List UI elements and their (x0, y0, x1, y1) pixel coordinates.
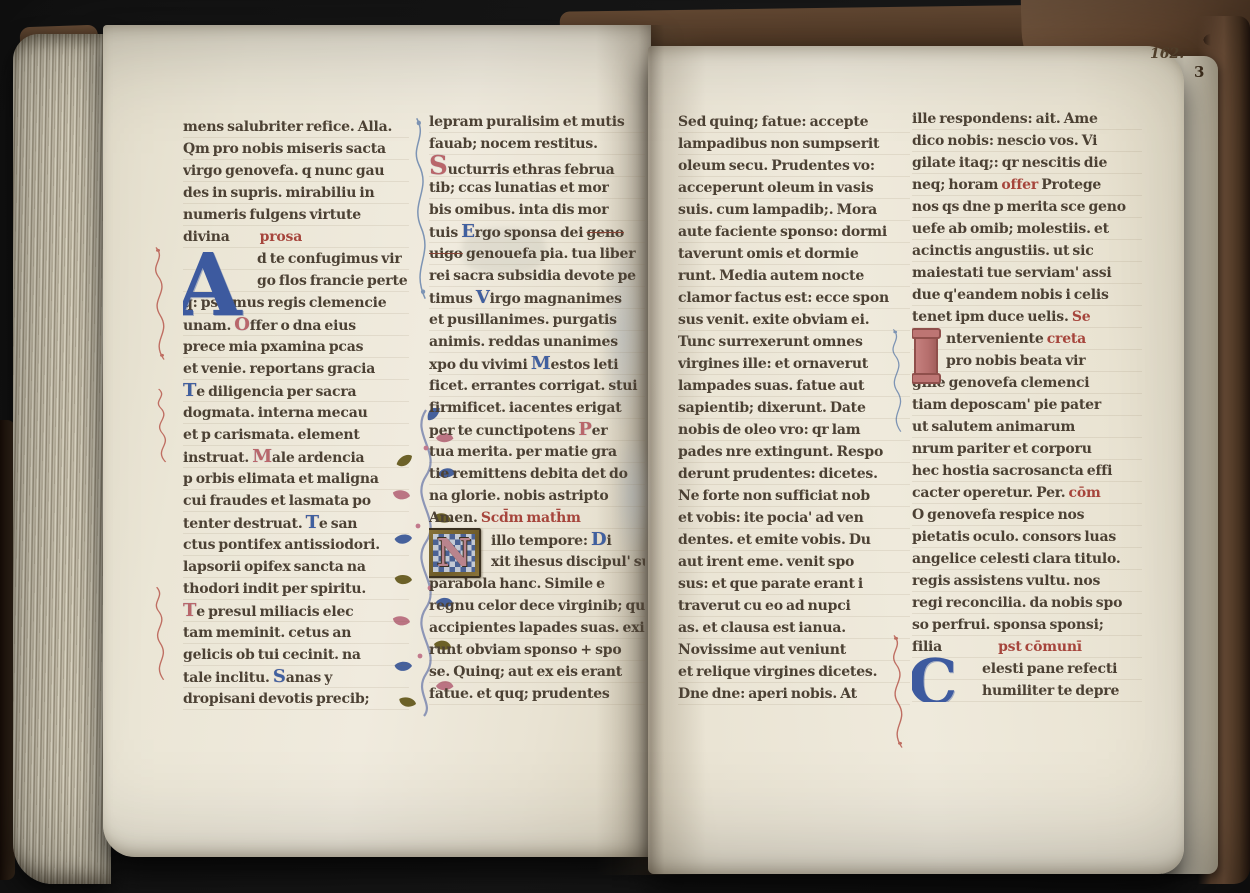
body-text: tiam deposcam' pie pater (912, 397, 1101, 413)
body-text: nterveniente (946, 331, 1047, 347)
text-line: as. et clausa est ianua. (678, 617, 910, 639)
body-text: per te cunctipotens (429, 423, 578, 439)
text-line: regis assistens vultu. nos (912, 570, 1142, 592)
text-line: des in supris. mirabiliu in (183, 182, 409, 204)
text-line: aute faciente sponso: dormi (678, 221, 910, 243)
text-line: oleum secu. Prudentes vo: (678, 155, 910, 177)
body-text: runt obviam sponso + spo (429, 642, 622, 658)
rubric-text: creta (1047, 331, 1086, 347)
body-text: genouefa pia. tua liber (463, 246, 636, 262)
text-line: tib; ccas lunatias et mor (429, 177, 645, 199)
text-line: so perfrui. sponsa sponsi; (912, 614, 1142, 636)
body-text: se. Quinq; aut ex eis erant (429, 664, 622, 680)
text-line: O genovefa respice nos (912, 504, 1142, 526)
text-line: na glorie. nobis astripto (429, 485, 645, 507)
body-text: maiestati tue serviam' assi (912, 265, 1112, 281)
body-text: angelice celesti clara titulo. (912, 551, 1121, 567)
body-text: lapsorii opifex sancta na (183, 559, 366, 575)
text-line: et p carismata. element (183, 424, 409, 446)
text-line: dropisani devotis precib; (183, 688, 409, 710)
body-text: Dne dne: aperi nobis. At (678, 686, 857, 702)
rubric-text: Se (1072, 309, 1091, 325)
body-text: instruat. (183, 450, 252, 466)
body-text: due q'eandem nobis i celis (912, 287, 1109, 303)
body-text: nobis de oleo vro: qr lam (678, 422, 860, 438)
body-text: tam meminit. cetus an (183, 625, 351, 641)
text-line: lepram puralisim et mutis (429, 111, 645, 133)
illuminated-initial-C: C (912, 650, 974, 702)
text-line: nobis de oleo vro: qr lam (678, 419, 910, 441)
text-line: Sed quinq; fatue: accepte (678, 111, 910, 133)
text-line: firmificet. iacentes erigat (429, 397, 645, 419)
body-text: Ne forte non sufficiat nob (678, 488, 870, 504)
body-text: gelicis ob tui cecinit. na (183, 647, 361, 663)
text-line: lampades suas. fatue aut (678, 375, 910, 397)
body-text: ale ardencia (272, 450, 365, 466)
body-text: anas y (286, 670, 333, 686)
body-text: lepram puralisim et mutis (429, 114, 625, 130)
inline-initial: P (578, 419, 591, 440)
text-line: angelice celesti clara titulo. (912, 548, 1142, 570)
text-line: per te cunctipotens Per (429, 419, 645, 441)
initial-letter: A (183, 235, 242, 336)
body-text: tenet ipm duce uelis. (912, 309, 1072, 325)
text-line: neq; horam offer Protege (912, 174, 1142, 196)
text-line: regnu celor dece virginib; que (429, 595, 645, 617)
body-text: dogmata. interna mecau (183, 405, 368, 421)
body-text: pro nobis beata vir (946, 353, 1085, 369)
body-text: uefe ab omib; molestiis. et (912, 221, 1109, 237)
body-text: animis. reddas unanimes (429, 334, 618, 350)
text-line: ut salutem animarum (912, 416, 1142, 438)
rubric-text: offer (1001, 177, 1038, 193)
penwork-flourish-icon (148, 586, 174, 681)
penwork-flourish-icon (146, 246, 176, 361)
text-line: tale inclitu. Sanas y (183, 666, 409, 688)
inline-initial: E (461, 221, 475, 242)
text-line: nos qs dne p merita sce geno (912, 196, 1142, 218)
rubric-text: prosa (260, 229, 302, 245)
body-text: e san (319, 516, 357, 532)
body-text: parabola hanc. Simile e (429, 576, 605, 592)
body-text: derunt prudentes: dicetes. (678, 466, 878, 482)
inline-initial: D (591, 529, 606, 550)
body-text: dico nobis: nescio vos. Vi (912, 133, 1097, 149)
text-line: sus venit. exite obviam ei. (678, 309, 910, 331)
text-line: et relique virgines dicetes. (678, 661, 910, 683)
left-page-edge-stack (13, 34, 111, 884)
text-line: Tunc surrexerunt omnes (678, 331, 910, 353)
inline-initial: T (306, 512, 319, 533)
body-text: regnu celor dece virginib; que (429, 598, 645, 614)
text-line: p orbis elimata et maligna (183, 468, 409, 490)
inline-initial: V (476, 287, 490, 308)
body-text: des in supris. mirabiliu in (183, 185, 374, 201)
body-text: uigo (429, 246, 463, 262)
body-text: humiliter te depre (982, 683, 1119, 699)
text-line: cui fraudes et lasmata po (183, 490, 409, 512)
text-line: runt obviam sponso + spo (429, 639, 645, 661)
body-text: mens salubriter refice. Alla. (183, 119, 392, 135)
body-text: nos qs dne p merita sce geno (912, 199, 1126, 215)
body-text: fatue. et quq; prudentes (429, 686, 610, 702)
body-text: thodori indit per spiritu. (183, 581, 366, 597)
text-line: timus Virgo magnanimes (429, 287, 645, 309)
illuminated-initial-I: I (914, 330, 938, 382)
body-text: et p carismata. element (183, 427, 360, 443)
body-text: Sed quinq; fatue: accepte (678, 114, 868, 130)
body-text: firmificet. iacentes erigat (429, 400, 622, 416)
body-text: xit ihesus discipul' suis (491, 554, 645, 570)
body-text: oleum secu. Prudentes vo: (678, 158, 875, 174)
body-text: Tunc surrexerunt omnes (678, 334, 863, 350)
text-line: pro nobis beata vir (912, 350, 1142, 372)
text-line: sus: et que parate erant i (678, 573, 910, 595)
text-line: maiestati tue serviam' assi (912, 262, 1142, 284)
body-text: et relique virgines dicetes. (678, 664, 877, 680)
body-text: i (606, 533, 611, 549)
underpage-folio-number: 3 (1194, 64, 1204, 80)
body-text: gilate itaq;: qr nescitis die (912, 155, 1107, 171)
body-text: virgines ille: et ornaverut (678, 356, 868, 372)
text-line: dentes. et emite vobis. Du (678, 529, 910, 551)
text-line: mens salubriter refice. Alla. (183, 116, 409, 138)
body-text: suis. cum lampadib;. Mora (678, 202, 877, 218)
text-line: Te diligencia per sacra (183, 380, 409, 402)
body-text: na glorie. nobis astripto (429, 488, 609, 504)
text-line: ille respondens: ait. Ame (912, 108, 1142, 130)
body-text: Qm pro nobis miseris sacta (183, 141, 386, 157)
text-line: et pusillanimes. purgatis (429, 309, 645, 331)
body-text: neq; horam (912, 177, 1001, 193)
body-text: timus (429, 291, 476, 307)
inline-initial: S (273, 666, 286, 687)
text-line: xpo du vivimi Mestos leti (429, 353, 645, 375)
rubric-text: cōm (1069, 485, 1101, 501)
body-text: Amen. (429, 510, 481, 526)
text-line: Amen. Scd̄m math̄m (429, 507, 645, 529)
body-text: go flos francie perte (257, 273, 407, 289)
body-text: runt. Media autem nocte (678, 268, 864, 284)
text-line: runt. Media autem nocte (678, 265, 910, 287)
text-line: dogmata. interna mecau (183, 402, 409, 424)
initial-letter: N (429, 530, 479, 576)
text-line: Dne dne: aperi nobis. At (678, 683, 910, 705)
text-line: sapientib; dixerunt. Date (678, 397, 910, 419)
text-line: clamor factus est: ecce spon (678, 287, 910, 309)
body-text: dentes. et emite vobis. Du (678, 532, 871, 548)
manuscript-photograph: 162. 3 mens salubriter refice. Alla.Qm p… (0, 0, 1250, 893)
text-line: acinctis angustiis. ut sic (912, 240, 1142, 262)
body-text: er (592, 423, 608, 439)
text-line: se. Quinq; aut ex eis erant (429, 661, 645, 683)
text-line: pietatis oculo. consors luas (912, 526, 1142, 548)
text-line: pades nre extingunt. Respo (678, 441, 910, 463)
text-line: lapsorii opifex sancta na (183, 556, 409, 578)
text-line: tie remittens debita det do (429, 463, 645, 485)
text-line: gine genovefa clemenci (912, 372, 1142, 394)
body-text: aut irent eme. venit spo (678, 554, 854, 570)
body-text: ucturris ethras februa (448, 162, 615, 178)
right-page-column-2: ille respondens: ait. Amedico nobis: nes… (912, 108, 1142, 702)
rubric-text: pst cōmunī (998, 639, 1082, 655)
body-text: hec hostia sacrosancta effi (912, 463, 1112, 479)
text-line: accipientes lapades suas. exie (429, 617, 645, 639)
body-text: sapientib; dixerunt. Date (678, 400, 866, 416)
body-text: fauab; nocem restitus. (429, 136, 598, 152)
body-text: tale inclitu. (183, 670, 273, 686)
text-line: bis omibus. inta dis mor (429, 199, 645, 221)
body-text: cui fraudes et lasmata po (183, 493, 371, 509)
text-line: thodori indit per spiritu. (183, 578, 409, 600)
text-line: ficet. errantes corrigat. stui (429, 375, 645, 397)
initial-letter: C (912, 645, 957, 702)
text-line: tuis Ergo sponsa dei geno (429, 221, 645, 243)
text-line: tam meminit. cetus an (183, 622, 409, 644)
text-line: suis. cum lampadib;. Mora (678, 199, 910, 221)
text-line: uigo genouefa pia. tua liber (429, 243, 645, 265)
text-line: Novissime aut veniunt (678, 639, 910, 661)
text-line: gelicis ob tui cecinit. na (183, 644, 409, 666)
body-text: irgo magnanimes (490, 291, 622, 307)
body-text: lampades suas. fatue aut (678, 378, 864, 394)
body-text: sus venit. exite obviam ei. (678, 312, 869, 328)
body-text: O genovefa respice nos (912, 507, 1084, 523)
body-text: sus: et que parate erant i (678, 576, 863, 592)
body-text: pietatis oculo. consors luas (912, 529, 1116, 545)
text-line: cacter operetur. Per. cōm (912, 482, 1142, 504)
body-text: tua merita. per matie gra (429, 444, 617, 460)
illuminated-initial-N: N (429, 528, 481, 578)
folio-number: 162. (1150, 46, 1184, 62)
body-text: tie remittens debita det do (429, 466, 628, 482)
body-text: bis omibus. inta dis mor (429, 202, 608, 218)
text-line: numeris fulgens virtute (183, 204, 409, 226)
text-line: acceperunt oleum in vasis (678, 177, 910, 199)
text-line: dico nobis: nescio vos. Vi (912, 130, 1142, 152)
text-line: regi reconcilia. da nobis spo (912, 592, 1142, 614)
text-line: animis. reddas unanimes (429, 331, 645, 353)
body-text: taverunt omis et dormie (678, 246, 859, 262)
body-text: d te confugimus vir (257, 251, 402, 267)
text-line: due q'eandem nobis i celis (912, 284, 1142, 306)
body-text: traverut cu eo ad nupci (678, 598, 851, 614)
body-text: estos leti (551, 357, 619, 373)
body-text: tuis (429, 225, 461, 241)
text-line: virgo genovefa. q nunc gau (183, 160, 409, 182)
body-text: illo tempore: (491, 533, 591, 549)
text-line: fauab; nocem restitus. (429, 133, 645, 155)
body-text: Novissime aut veniunt (678, 642, 846, 658)
text-line: prece mia pxamina pcas (183, 336, 409, 358)
body-text: ut salutem animarum (912, 419, 1075, 435)
body-text: et venie. reportans gracia (183, 361, 375, 377)
inline-initial: M (531, 353, 551, 374)
text-line: uefe ab omib; molestiis. et (912, 218, 1142, 240)
body-text: regis assistens vultu. nos (912, 573, 1100, 589)
body-text: acinctis angustiis. ut sic (912, 243, 1094, 259)
body-text: ille respondens: ait. Ame (912, 111, 1098, 127)
body-text: pades nre extingunt. Respo (678, 444, 883, 460)
body-text: geno (587, 225, 624, 241)
body-text: ficet. errantes corrigat. stui (429, 378, 637, 394)
body-text: rgo sponsa dei (475, 225, 587, 241)
body-text: regi reconcilia. da nobis spo (912, 595, 1122, 611)
right-page-column-1: Sed quinq; fatue: acceptelampadibus non … (678, 111, 910, 705)
body-text: e diligencia per sacra (196, 384, 356, 400)
text-line: tua merita. per matie gra (429, 441, 645, 463)
body-text: cacter operetur. Per. (912, 485, 1069, 501)
illuminated-initial-A: A (183, 242, 239, 334)
body-text: so perfrui. sponsa sponsi; (912, 617, 1104, 633)
inline-initial: M (252, 446, 272, 467)
text-line: et vobis: ite pocia' ad ven (678, 507, 910, 529)
text-line: derunt prudentes: dicetes. (678, 463, 910, 485)
penwork-flourish-icon (150, 388, 176, 463)
text-line: tenter destruat. Te san (183, 512, 409, 534)
text-line: Sucturris ethras februa (429, 155, 645, 177)
text-line: Qm pro nobis miseris sacta (183, 138, 409, 160)
text-line: aut irent eme. venit spo (678, 551, 910, 573)
body-text: aute faciente sponso: dormi (678, 224, 887, 240)
body-text: e presul miliacis elec (196, 604, 353, 620)
body-text: et vobis: ite pocia' ad ven (678, 510, 864, 526)
inline-initial: T (183, 380, 196, 401)
body-text: virgo genovefa. q nunc gau (183, 163, 384, 179)
text-line: lampadibus non sumpserit (678, 133, 910, 155)
text-line: nrum pariter et corporu (912, 438, 1142, 460)
body-text: elesti pane refecti (982, 661, 1117, 677)
body-text: acceperunt oleum in vasis (678, 180, 873, 196)
body-text: tenter destruat. (183, 516, 306, 532)
text-line: ctus pontifex antissiodori. (183, 534, 409, 556)
body-text: p orbis elimata et maligna (183, 471, 379, 487)
text-line: tenet ipm duce uelis. Se (912, 306, 1142, 328)
body-text: as. et clausa est ianua. (678, 620, 846, 636)
inline-initial: T (183, 600, 196, 621)
text-line: taverunt omis et dormie (678, 243, 910, 265)
text-line: tiam deposcam' pie pater (912, 394, 1142, 416)
body-text: dropisani devotis precib; (183, 691, 370, 707)
text-line: traverut cu eo ad nupci (678, 595, 910, 617)
text-line: fatue. et quq; prudentes (429, 683, 645, 705)
left-page-column-1: mens salubriter refice. Alla.Qm pro nobi… (183, 116, 409, 710)
body-text: prece mia pxamina pcas (183, 339, 363, 355)
body-text: nrum pariter et corporu (912, 441, 1092, 457)
text-line: Ne forte non sufficiat nob (678, 485, 910, 507)
body-text: rei sacra subsidia devote pe (429, 268, 636, 284)
body-text: ffer o dna eius (250, 318, 356, 334)
rubric-text: Scd̄m math̄m (481, 510, 581, 526)
text-line: virgines ille: et ornaverut (678, 353, 910, 375)
text-line: rei sacra subsidia devote pe (429, 265, 645, 287)
text-line: instruat. Male ardencia (183, 446, 409, 468)
text-line: et venie. reportans gracia (183, 358, 409, 380)
text-line: gilate itaq;: qr nescitis die (912, 152, 1142, 174)
body-text: xpo du vivimi (429, 357, 531, 373)
body-text: numeris fulgens virtute (183, 207, 361, 223)
body-text: tib; ccas lunatias et mor (429, 180, 609, 196)
body-text: accipientes lapades suas. exie (429, 620, 645, 636)
body-text: clamor factus est: ecce spon (678, 290, 889, 306)
text-line: Te presul miliacis elec (183, 600, 409, 622)
text-line: hec hostia sacrosancta effi (912, 460, 1142, 482)
body-text: et pusillanimes. purgatis (429, 312, 617, 328)
body-text: ctus pontifex antissiodori. (183, 537, 380, 553)
body-text: lampadibus non sumpserit (678, 136, 879, 152)
left-page-column-2: lepram puralisim et mutisfauab; nocem re… (429, 111, 645, 705)
text-line: nterveniente creta (912, 328, 1142, 350)
body-text: Protege (1038, 177, 1101, 193)
